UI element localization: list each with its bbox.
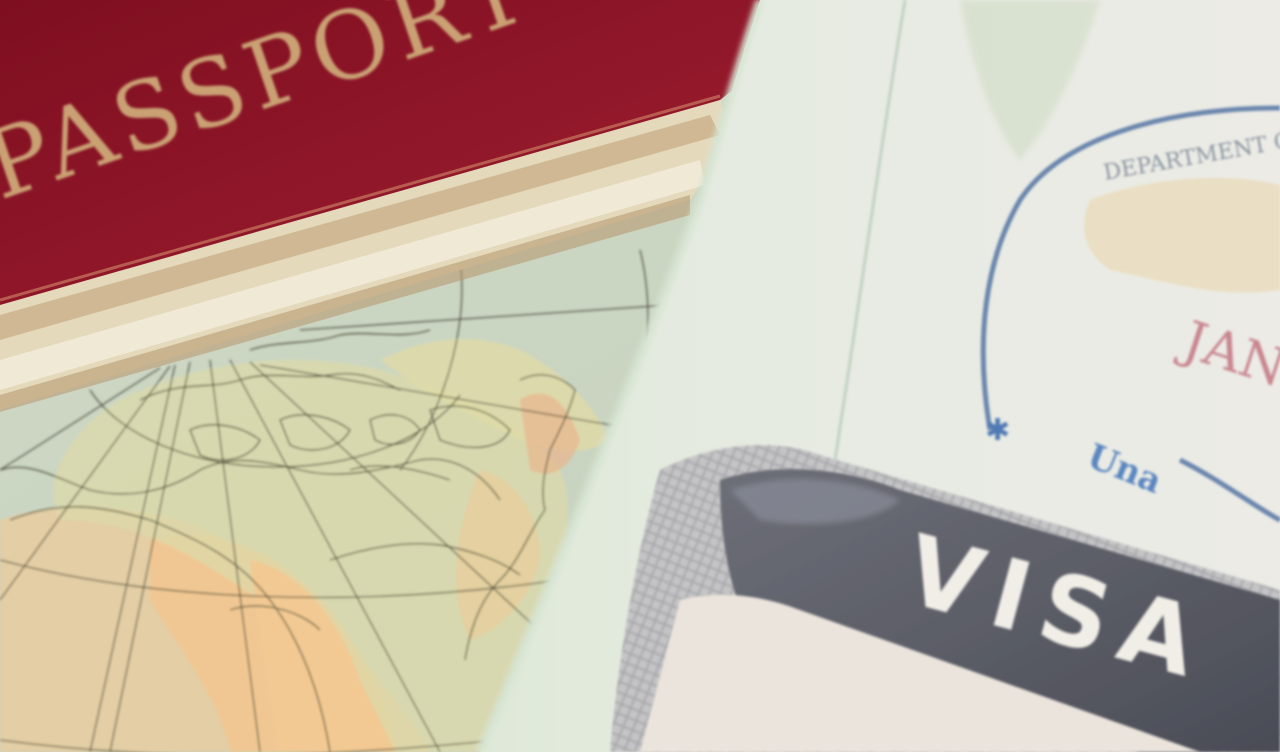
photo-scene: PASSPORT DEPARTMENT OF HOMELAND JAN Una … xyxy=(0,0,1280,752)
star-icon: ✱ xyxy=(985,413,1010,448)
photo-illustration: PASSPORT DEPARTMENT OF HOMELAND JAN Una … xyxy=(0,0,1280,752)
